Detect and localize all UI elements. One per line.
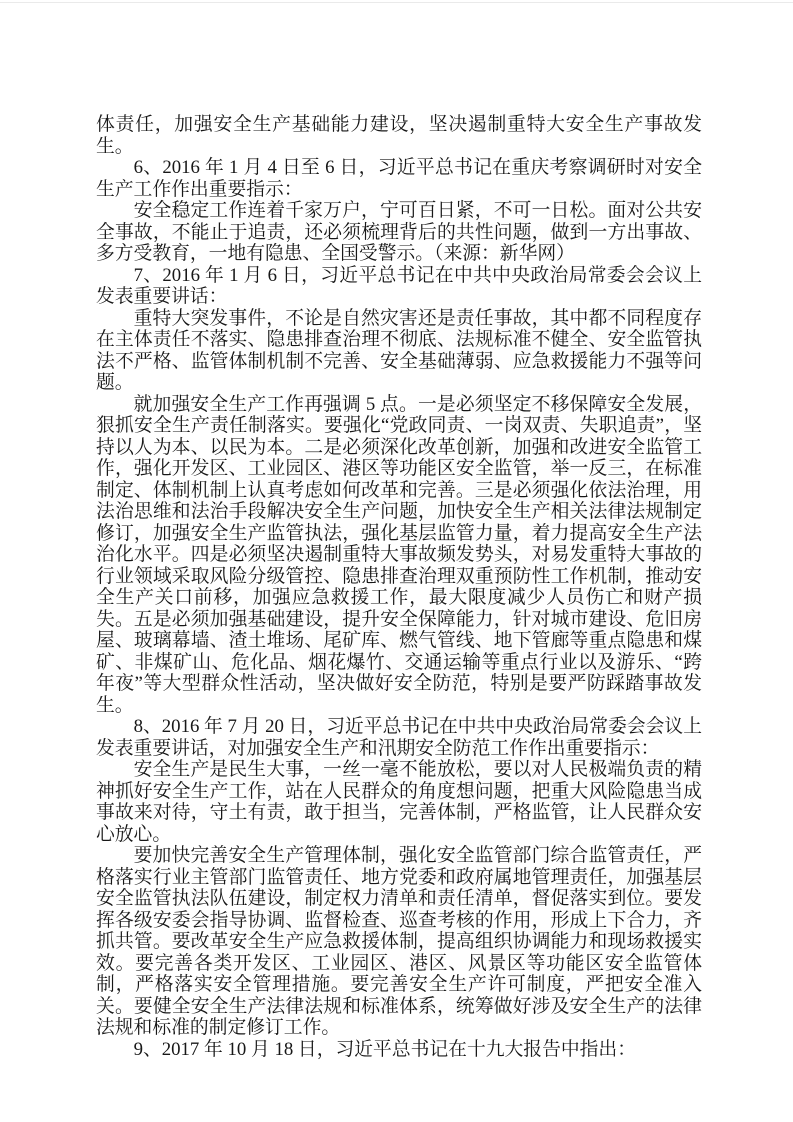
paragraph: 安全生产是民生大事，一丝一毫不能放松，要以对人民极端负责的精神抓好安全生产工作，… bbox=[96, 759, 702, 845]
page-top-edge bbox=[0, 2, 793, 3]
paragraph: 安全稳定工作连着千家万户，宁可百日紧，不可一日松。面对公共安全事故，不能止于追责… bbox=[96, 200, 702, 265]
paragraph: 6、2016 年 1 月 4 日至 6 日，习近平总书记在重庆考察调研时对安全生… bbox=[96, 157, 702, 200]
paragraph: 就加强安全生产工作再强调 5 点。一是必须坚定不移保障安全发展，狠抓安全生产责任… bbox=[96, 394, 702, 717]
paragraph: 9、2017 年 10 月 18 日，习近平总书记在十九大报告中指出： bbox=[96, 1039, 702, 1061]
paragraph: 7、2016 年 1 月 6 日，习近平总书记在中共中央政治局常委会会议上发表重… bbox=[96, 265, 702, 308]
paragraph: 体责任，加强安全生产基础能力建设，坚决遏制重特大安全生产事故发生。 bbox=[96, 114, 702, 157]
paragraph: 要加快完善安全生产管理体制，强化安全监管部门综合监管责任，严格落实行业主管部门监… bbox=[96, 845, 702, 1039]
paragraph: 重特大突发事件，不论是自然灾害还是责任事故，其中都不同程度存在主体责任不落实、隐… bbox=[96, 308, 702, 394]
paragraph: 8、2016 年 7 月 20 日，习近平总书记在中共中央政治局常委会会议上发表… bbox=[96, 716, 702, 759]
document-page: 体责任，加强安全生产基础能力建设，坚决遏制重特大安全生产事故发生。 6、2016… bbox=[96, 114, 702, 1060]
